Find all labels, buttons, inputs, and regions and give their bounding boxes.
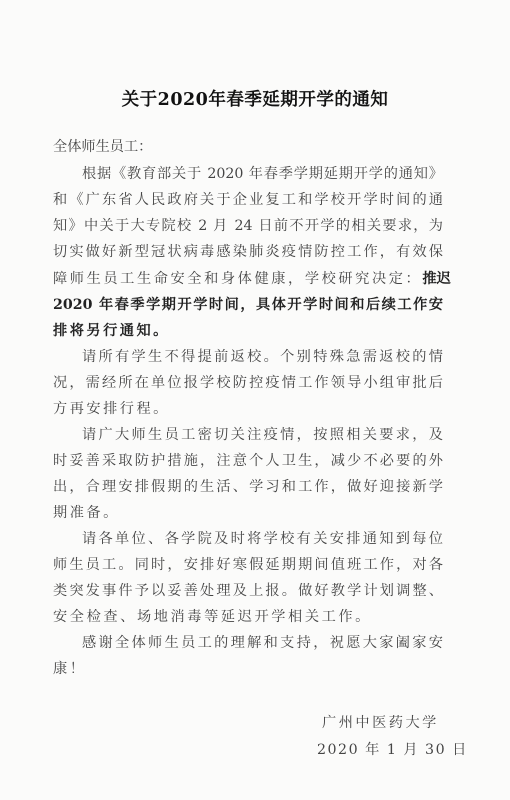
paragraph-1-line-1: 根据《教育部关于 2020 年春季学期延期开学的通知》: [82, 163, 443, 183]
paragraph-1-bold-line-2: 排将另行通知。: [53, 320, 443, 340]
paragraph-2-line-1: 请所有学生不得提前返校。个别特殊急需返校的情: [82, 346, 443, 366]
signature-date: 2020 年 1 月 30 日: [317, 739, 468, 759]
paragraph-4-line-3: 类突发事件予以妥善处理及上报。做好教学计划调整、: [53, 580, 443, 600]
paragraph-3-line-3: 出，合理安排假期的生活、学习和工作，做好迎接新学: [53, 476, 443, 496]
paragraph-1-line-3: 知》中关于大专院校 2 月 24 日前不开学的相关要求，为: [53, 215, 443, 235]
paragraph-3-line-4: 期准备。: [53, 502, 443, 522]
salutation: 全体师生员工：: [53, 136, 443, 156]
paragraph-2-line-2: 况，需经所在单位报学校防控疫情工作领导小组审批后: [53, 372, 443, 392]
decision-bold-start: 推迟: [422, 268, 450, 288]
paragraph-5-line-2: 康！: [53, 658, 443, 678]
paragraph-2-line-3: 方再安排行程。: [53, 398, 443, 418]
paragraph-3-line-1: 请广大师生员工密切关注疫情，按照相关要求，及: [82, 424, 443, 444]
paragraph-4-line-1: 请各单位、各学院及时将学校有关安排通知到每位: [82, 528, 443, 548]
signature-organization: 广州中医药大学: [322, 712, 439, 732]
paragraph-5-line-1: 感谢全体师生员工的理解和支持，祝愿大家阖家安: [82, 632, 443, 652]
document-title: 关于2020年春季延期开学的通知: [0, 86, 510, 111]
decision-text: 障师生员工生命安全和身体健康，学校研究决定：: [53, 268, 422, 288]
paragraph-3-line-2: 时妥善采取防护措施，注意个人卫生，减少不必要的外: [53, 450, 443, 470]
paragraph-4-line-4: 安全检查、场地消毒等延迟开学相关工作。: [53, 606, 443, 626]
paragraph-1-line-5: 障师生员工生命安全和身体健康，学校研究决定： 推迟: [53, 268, 443, 288]
paragraph-1-line-2: 和《广东省人民政府关于企业复工和学校开学时间的通: [53, 189, 443, 209]
paragraph-4-line-2: 师生员工。同时，安排好寒假延期期间值班工作，对各: [53, 554, 443, 574]
paragraph-1-line-4: 切实做好新型冠状病毒感染肺炎疫情防控工作，有效保: [53, 241, 443, 261]
paragraph-1-bold-line-1: 2020 年春季学期开学时间，具体开学时间和后续工作安: [53, 294, 443, 314]
